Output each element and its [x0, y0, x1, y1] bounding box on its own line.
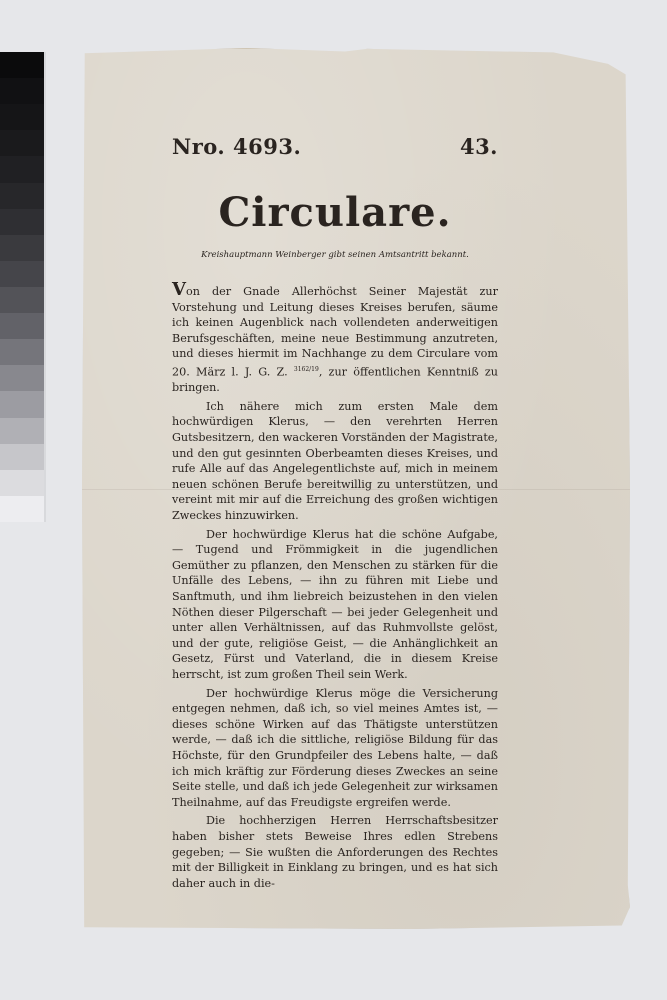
paragraph-2: Ich nähere mich zum ersten Male dem hoch… [172, 399, 498, 524]
page-number: 43. [460, 134, 498, 159]
paragraph-4: Der hochwürdige Klerus möge die Versiche… [172, 686, 498, 811]
gray-scale-step [0, 183, 44, 209]
paragraph-3: Der hochwürdige Klerus hat die schöne Au… [172, 527, 498, 683]
gray-scale-step [0, 261, 44, 287]
circular-document: Nro. 4693. 43. Circulare. Kreishauptmann… [172, 134, 498, 891]
gray-scale-step [0, 104, 44, 130]
gray-scale-step [0, 496, 44, 522]
gray-scale-step [0, 287, 44, 313]
reference-fraction: 3162/19 [294, 366, 319, 373]
gray-scale-step [0, 470, 44, 496]
gray-scale-step [0, 130, 44, 156]
gray-scale-step [0, 339, 44, 365]
gray-scale-step [0, 156, 44, 182]
gray-scale-step [0, 391, 44, 417]
document-header: Nro. 4693. 43. [172, 134, 498, 159]
gray-scale-step [0, 78, 44, 104]
paragraph-text: on der Gnade Allerhöchst Seiner Majestät… [172, 285, 498, 379]
gray-scale-step [0, 52, 44, 78]
gray-scale-step [0, 444, 44, 470]
gray-scale-step [0, 235, 44, 261]
gray-scale-step [0, 365, 44, 391]
document-subtitle: Kreishauptmann Weinberger gibt seinen Am… [172, 250, 498, 260]
document-title: Circulare. [172, 189, 498, 236]
gray-scale-color-chart [0, 52, 46, 522]
paragraph-1: Von der Gnade Allerhöchst Seiner Majestä… [172, 282, 498, 396]
document-number: Nro. 4693. [172, 134, 301, 159]
gray-scale-step [0, 418, 44, 444]
paragraph-5: Die hochherzigen Herren Herrschaftsbesit… [172, 813, 498, 891]
gray-scale-step [0, 209, 44, 235]
drop-capital: V [172, 279, 186, 300]
gray-scale-step [0, 313, 44, 339]
